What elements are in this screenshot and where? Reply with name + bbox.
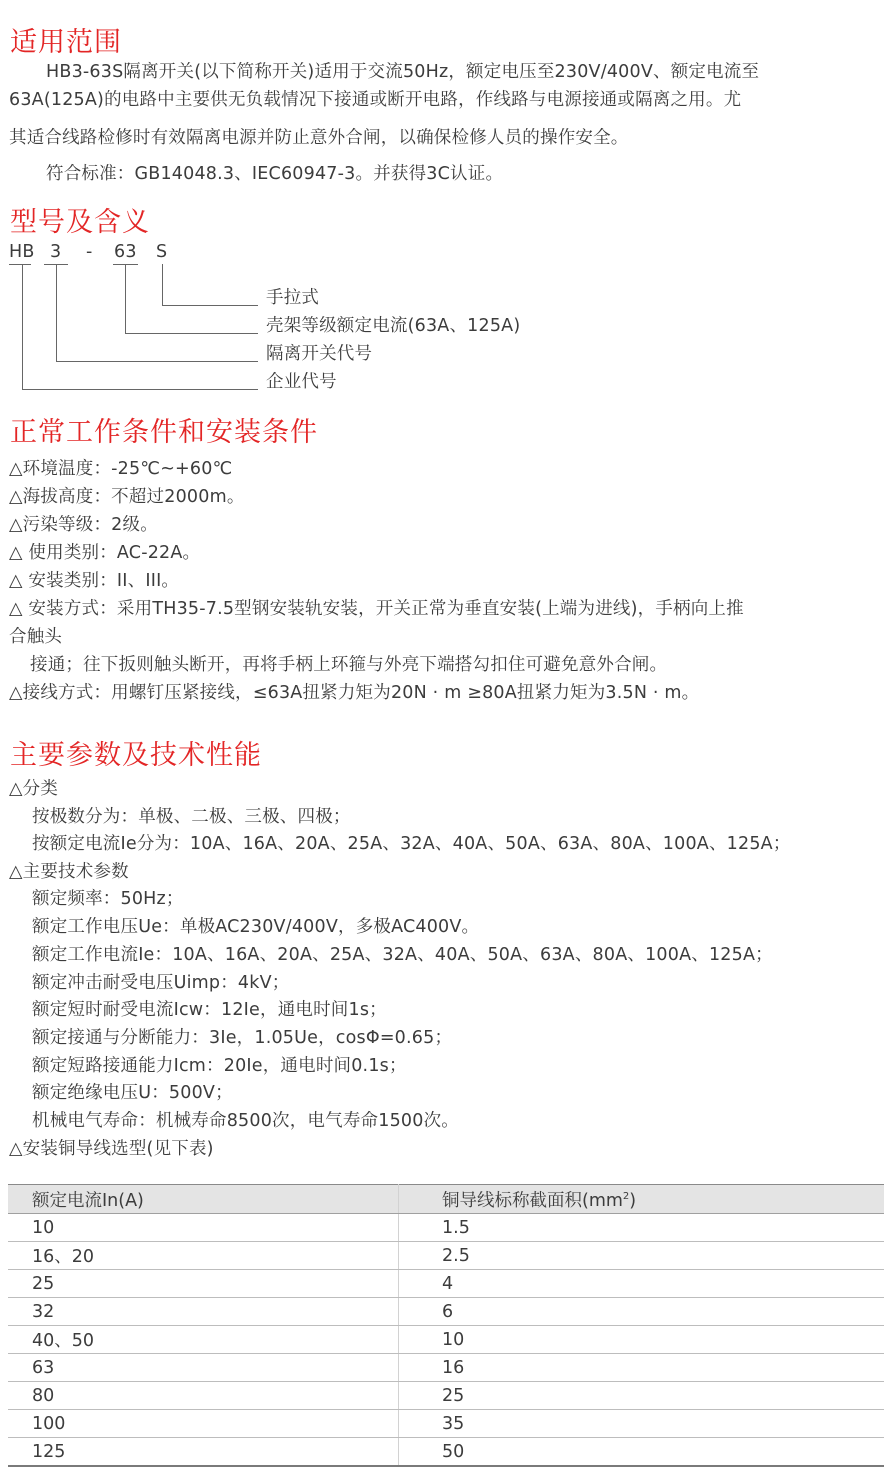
- cell-section: 16: [399, 1354, 885, 1382]
- table-header-row: 额定电流In(A) 铜导线标称截面积(mm2): [8, 1185, 884, 1214]
- table-row: 6316: [8, 1354, 884, 1382]
- code-hb: HB: [9, 238, 35, 266]
- cell-section: 2.5: [399, 1242, 885, 1270]
- cell-current: 63: [8, 1354, 399, 1382]
- table-row: 40、5010: [8, 1326, 884, 1354]
- param-making-breaking: 额定接通与分断能力：3Ie，1.05Ue，cosΦ=0.65；: [32, 1024, 452, 1052]
- leader-hb: [22, 389, 258, 390]
- leader-s: [162, 305, 258, 306]
- section-title-model: 型号及含义: [10, 200, 150, 239]
- scope-line-1: HB3-63S隔离开关(以下简称开关)适用于交流50Hz，额定电压至230V/4…: [46, 58, 759, 86]
- table-row: 326: [8, 1298, 884, 1326]
- meaning-hb: 企业代号: [266, 368, 337, 396]
- param-icw: 额定短时耐受电流Icw：12Ie，通电时间1s；: [32, 996, 387, 1024]
- connector-63: [125, 264, 126, 333]
- cell-current: 40、50: [8, 1326, 399, 1354]
- meaning-63: 壳架等级额定电流(63A、125A): [266, 312, 520, 340]
- condition-wiring: △接线方式：用螺钉压紧接线，≤63A扭紧力矩为20N · m ≥80A扭紧力矩为…: [9, 679, 699, 707]
- cell-current: 25: [8, 1270, 399, 1298]
- cell-current: 10: [8, 1214, 399, 1242]
- meaning-3: 隔离开关代号: [266, 340, 372, 368]
- param-voltage: 额定工作电压Ue：单极AC230V/400V，多极AC400V。: [32, 913, 479, 941]
- header-cross-section: 铜导线标称截面积(mm2): [399, 1185, 885, 1214]
- param-current-classes: 按额定电流Ie分为：10A、16A、20A、25A、32A、40A、50A、63…: [32, 830, 791, 858]
- param-frequency: 额定频率：50Hz；: [32, 885, 184, 913]
- code-s: S: [156, 238, 167, 266]
- param-classification: △分类: [9, 775, 58, 803]
- scope-line-3: 其适合线路检修时有效隔离电源并防止意外合闸，以确保检修人员的操作安全。: [9, 124, 629, 152]
- param-life: 机械电气寿命：机械寿命8500次，电气寿命1500次。: [32, 1107, 459, 1135]
- param-icm: 额定短路接通能力Icm：20Ie，通电时间0.1s；: [32, 1052, 407, 1080]
- cell-section: 6: [399, 1298, 885, 1326]
- cell-current: 80: [8, 1382, 399, 1410]
- section-title-conditions: 正常工作条件和安装条件: [10, 410, 318, 449]
- table-row: 254: [8, 1270, 884, 1298]
- table-row: 101.5: [8, 1214, 884, 1242]
- param-main-tech: △主要技术参数: [9, 858, 129, 886]
- cell-section: 25: [399, 1382, 885, 1410]
- condition-pollution: △污染等级：2级。: [9, 511, 158, 539]
- cell-section: 1.5: [399, 1214, 885, 1242]
- connector-s: [162, 264, 163, 305]
- cell-section: 10: [399, 1326, 885, 1354]
- code-3: 3: [50, 238, 61, 266]
- condition-install-category: △ 安装类别：II、III。: [9, 567, 179, 595]
- table-row: 10035: [8, 1410, 884, 1438]
- connector-hb: [22, 264, 23, 389]
- param-insulation: 额定绝缘电压U：500V；: [32, 1079, 233, 1107]
- condition-install-method-cont: 合触头: [9, 623, 62, 651]
- scope-standard: 符合标准：GB14048.3、IEC60947-3。并获得3C认证。: [46, 160, 503, 188]
- condition-temperature: △环境温度：-25℃~+60℃: [9, 455, 232, 483]
- table-row: 12550: [8, 1438, 884, 1467]
- scope-line-2: 63A(125A)的电路中主要供无负载情况下接通或断开电路，作线路与电源接通或隔…: [9, 86, 741, 114]
- leader-3: [56, 361, 258, 362]
- section-title-params: 主要参数及技术性能: [10, 733, 262, 772]
- header-close-paren: ): [629, 1191, 636, 1211]
- header-rated-current: 额定电流In(A): [8, 1185, 399, 1214]
- condition-utilization: △ 使用类别：AC-22A。: [9, 539, 200, 567]
- condition-install-method: △ 安装方式：采用TH35-7.5型钢安装轨安装，开关正常为垂直安装(上端为进线…: [9, 595, 744, 623]
- connector-3: [56, 264, 57, 361]
- table-row: 8025: [8, 1382, 884, 1410]
- cell-section: 35: [399, 1410, 885, 1438]
- underline-hb: [9, 264, 31, 265]
- param-poles: 按极数分为：单极、二极、三极、四极；: [32, 803, 351, 831]
- header-cross-section-label: 铜导线标称截面积(mm: [442, 1191, 623, 1211]
- cell-current: 32: [8, 1298, 399, 1326]
- condition-altitude: △海拔高度：不超过2000m。: [9, 483, 245, 511]
- condition-install-method-cont2: 接通；往下扳则触头断开，再将手柄上环箍与外亮下端搭勾扣住可避免意外合闸。: [30, 651, 667, 679]
- param-wire-selection: △安装铜导线选型(见下表): [9, 1135, 214, 1163]
- wire-selection-table: 额定电流In(A) 铜导线标称截面积(mm2) 101.5 16、202.5 2…: [8, 1184, 884, 1467]
- meaning-s: 手拉式: [266, 284, 319, 312]
- cell-current: 125: [8, 1438, 399, 1467]
- section-title-scope: 适用范围: [10, 20, 122, 59]
- cell-current: 100: [8, 1410, 399, 1438]
- leader-63: [125, 333, 258, 334]
- param-current: 额定工作电流Ie：10A、16A、20A、25A、32A、40A、50A、63A…: [32, 941, 773, 969]
- param-uimp: 额定冲击耐受电压Uimp：4kV；: [32, 969, 289, 997]
- table-row: 16、202.5: [8, 1242, 884, 1270]
- code-63: 63: [114, 238, 137, 266]
- cell-current: 16、20: [8, 1242, 399, 1270]
- code-dash: -: [86, 238, 93, 266]
- cell-section: 50: [399, 1438, 885, 1467]
- cell-section: 4: [399, 1270, 885, 1298]
